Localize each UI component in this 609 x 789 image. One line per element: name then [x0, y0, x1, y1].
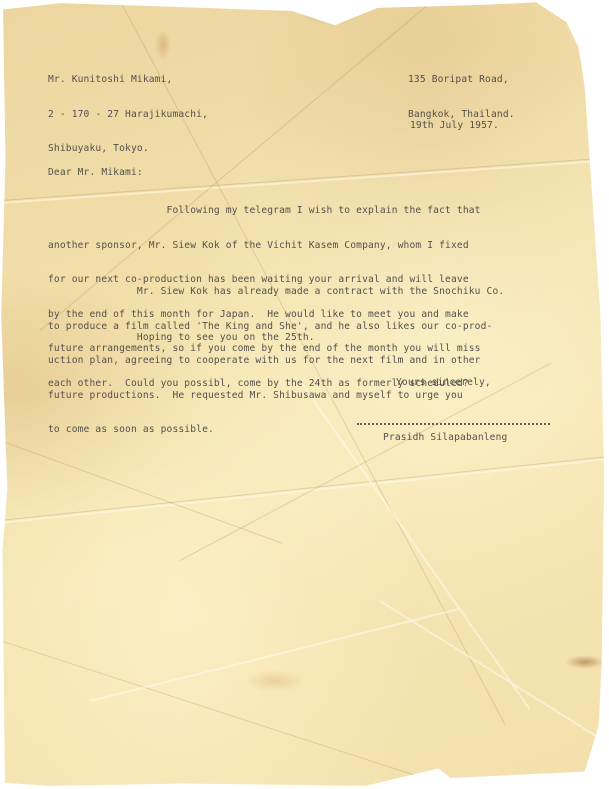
recipient-line: Shibuyaku, Tokyo. — [48, 143, 208, 155]
salutation: Dear Mr. Mikami: — [48, 167, 143, 179]
sender-line: Bangkok, Thailand. — [408, 109, 515, 121]
paper-crease — [0, 453, 609, 521]
body-line: to produce a film called 'The King and S… — [48, 321, 504, 333]
sender-line: 135 Boripat Road, — [408, 74, 515, 86]
recipient-line: Mr. Kunitoshi Mikami, — [48, 74, 208, 86]
paper-stain — [245, 670, 305, 692]
paragraph-2: Mr. Siew Kok has already made a contract… — [48, 263, 504, 447]
body-line: Mr. Siew Kok has already made a contract… — [48, 286, 504, 298]
letter-date: 19th July 1957. — [410, 120, 499, 132]
recipient-address: Mr. Kunitoshi Mikami, 2 - 170 - 27 Haraj… — [48, 51, 208, 166]
signature-line — [357, 423, 550, 425]
paper-stain — [565, 655, 605, 669]
body-line: another sponsor, Mr. Siew Kok of the Vic… — [48, 240, 481, 252]
paper-crease — [0, 440, 282, 544]
body-line: uction plan, agreeing to cooperate with … — [48, 355, 504, 367]
recipient-line: 2 - 170 - 27 Harajikumachi, — [48, 109, 208, 121]
signature-name: Prasidh Silapabanleng — [383, 432, 507, 444]
body-line: future productions. He requested Mr. Shi… — [48, 390, 504, 402]
body-line: Following my telegram I wish to explain … — [48, 205, 481, 217]
paper-stain — [300, 5, 360, 25]
paragraph-3: Hoping to see you on the 25th. — [48, 332, 315, 344]
closing: Yours sincerely, — [396, 377, 491, 389]
